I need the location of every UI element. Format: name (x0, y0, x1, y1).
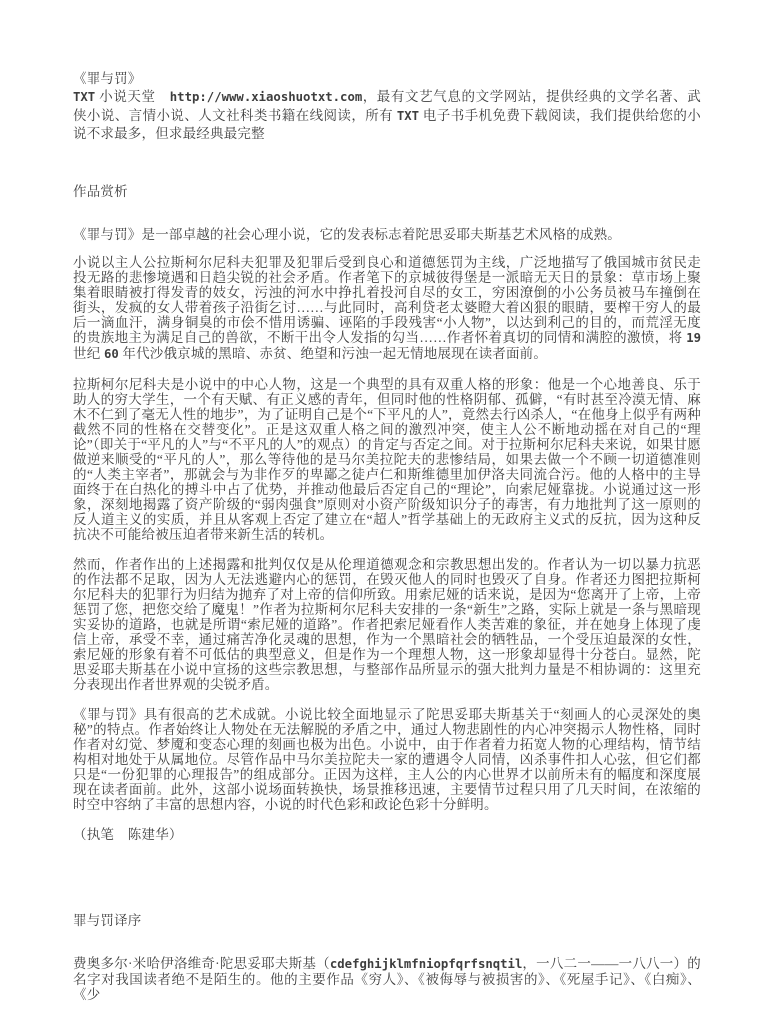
book-title: 《罪与罚》 (73, 70, 701, 88)
paragraph-social-picture: 小说以主人公拉斯柯尔尼科夫犯罪及犯罪后受到良心和道德惩罚为主线，广泛地描写了俄国… (73, 255, 701, 362)
text-run: 小说天堂 (95, 89, 170, 104)
latin-mono-text-run: 60 (104, 347, 119, 361)
latin-mono-text-run: cdefghijklmfniopfqrfsnqtil (330, 957, 523, 971)
latin-mono-text-run: TXT (73, 90, 95, 104)
latin-mono-text-run: 19 (686, 331, 701, 345)
document-page: 《罪与罚》TXT 小说天堂 http://www.xiaoshuotxt.com… (0, 0, 768, 1024)
text-run: 《罪与罚》 (73, 71, 142, 86)
latin-mono-text-run: TXT (397, 109, 419, 123)
text-run: 费奥多尔·米哈伊洛维奇·陀思妥耶夫斯基（ (73, 956, 330, 971)
paragraph-preface: 费奥多尔·米哈伊洛维奇·陀思妥耶夫斯基（cdefghijklmfniopfqrf… (73, 956, 701, 1002)
text-run: 然而，作者作出的上述揭露和批判仅仅是从伦理道德观念和宗教思想出发的。作者认为一切… (73, 557, 701, 692)
text-run: 小说以主人公拉斯柯尔尼科夫犯罪及犯罪后受到良心和道德惩罚为主线，广泛地描写了俄国… (73, 255, 701, 345)
byline: （执笔 陈建华） (73, 827, 701, 842)
text-run: 罪与罚译序 (73, 913, 142, 928)
paragraph-raskolnikov: 拉斯柯尔尼科夫是小说中的中心人物，这是一个典型的具有双重人格的形象：他是一个心地… (73, 377, 701, 542)
paragraph-artistic: 《罪与罚》具有很高的艺术成就。小说比较全面地显示了陀思妥耶夫斯基关于“刻画人的心… (73, 707, 701, 812)
text-run: 拉斯柯尔尼科夫是小说中的中心人物，这是一个典型的具有双重人格的形象：他是一个心地… (73, 377, 701, 542)
text-run: 年代沙俄京城的黑暗、赤贫、绝望和污浊一起无情地展现在读者面前。 (119, 346, 547, 361)
text-run: 作品赏析 (73, 184, 128, 199)
section-heading-preface: 罪与罚译序 (73, 913, 701, 928)
site-promo: TXT 小说天堂 http://www.xiaoshuotxt.com，最有文艺… (73, 88, 701, 143)
text-run: 《罪与罚》是一部卓越的社会心理小说，它的发表标志着陀思妥耶夫斯基艺术风格的成熟。 (73, 227, 621, 242)
paragraph-critique: 然而，作者作出的上述揭露和批判仅仅是从伦理道德观念和宗教思想出发的。作者认为一切… (73, 557, 701, 692)
paragraph-intro: 《罪与罚》是一部卓越的社会心理小说，它的发表标志着陀思妥耶夫斯基艺术风格的成熟。 (73, 227, 701, 242)
text-run: 世纪 (73, 346, 104, 361)
text-run: （执笔 陈建华） (73, 827, 183, 842)
latin-mono-text-run: http://www.xiaoshuotxt.com (170, 90, 363, 104)
text-run: 《罪与罚》具有很高的艺术成就。小说比较全面地显示了陀思妥耶夫斯基关于“刻画人的心… (73, 707, 701, 812)
section-heading-appreciation: 作品赏析 (73, 184, 701, 199)
